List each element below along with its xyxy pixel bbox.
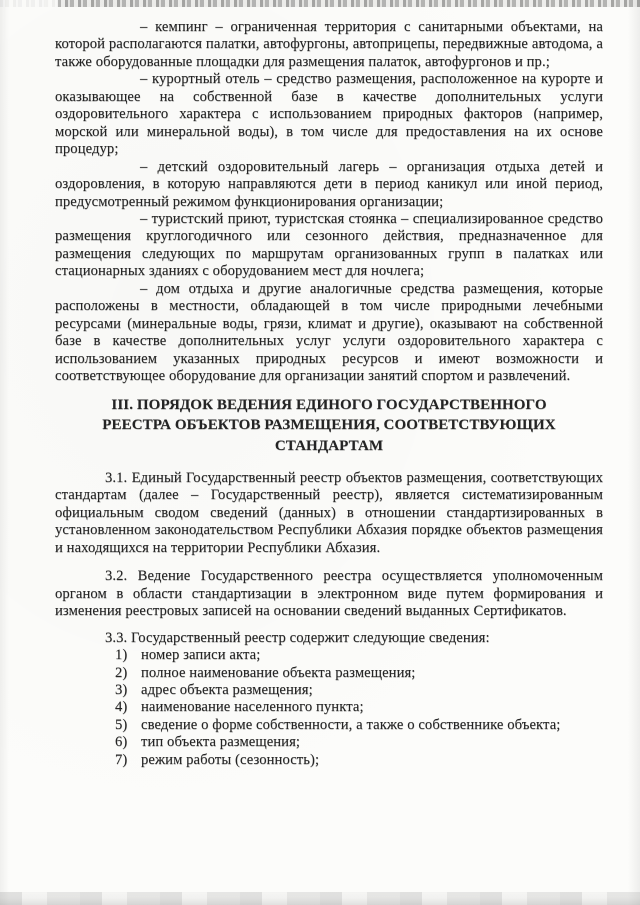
list-item-text: сведение о форме собственности, а также … [141,717,560,733]
document-content: – кемпинг – ограниченная территория с са… [55,19,603,769]
paragraph-3-3: 3.3. Государственный реестр содержит сле… [55,630,603,647]
section-heading: III. ПОРЯДОК ВЕДЕНИЯ ЕДИНОГО ГОСУДАРСТВЕ… [55,395,603,457]
list-item: 1)номер записи акта; [55,647,603,664]
list-item-number: 4) [115,699,141,716]
paragraph-children-camp: – детский оздоровительный лагерь – орган… [55,159,603,211]
scan-artifact-bottom [0,892,640,905]
scan-artifact-top [0,0,640,7]
paragraph-3-1: 3.1. Единый Государственный реестр объек… [55,470,603,557]
section-heading-line1: III. ПОРЯДОК ВЕДЕНИЯ ЕДИНОГО ГОСУДАРСТВЕ… [55,395,603,416]
document-page: – кемпинг – ограниченная территория с са… [0,0,640,905]
section-heading-line3: СТАНДАРТАМ [55,436,603,457]
list-item-number: 2) [115,665,141,682]
list-item-number: 6) [115,734,141,751]
list-item-number: 5) [115,717,141,734]
list-item: 5)сведение о форме собственности, а такж… [55,717,603,734]
list-item-number: 1) [115,647,141,664]
numbered-list: 1)номер записи акта; 2)полное наименован… [55,647,603,769]
paragraph-3-2: 3.2. Ведение Государственного реестра ос… [55,568,603,620]
paragraph-resort-hotel: – курортный отель – средство размещения,… [55,71,603,158]
list-item-text: тип объекта размещения; [141,734,300,750]
list-item: 6)тип объекта размещения; [55,734,603,751]
list-item-text: номер записи акта; [141,647,260,663]
list-item-text: режим работы (сезонность); [141,752,319,768]
paragraph-camping: – кемпинг – ограниченная территория с са… [55,19,603,71]
paragraph-rest-house: – дом отдыха и другие аналогичные средст… [55,281,603,386]
list-item-text: полное наименование объекта размещения; [141,665,415,681]
scan-shadow-right [628,0,640,905]
list-item-text: адрес объекта размещения; [141,682,313,698]
list-item: 3)адрес объекта размещения; [55,682,603,699]
list-item-text: наименование населенного пункта; [141,699,364,715]
list-item: 7)режим работы (сезонность); [55,752,603,769]
section-heading-line2: РЕЕСТРА ОБЪЕКТОВ РАЗМЕЩЕНИЯ, СООТВЕТСТВУ… [55,415,603,436]
list-item-number: 3) [115,682,141,699]
list-item: 2)полное наименование объекта размещения… [55,665,603,682]
scan-shadow-left [0,0,9,905]
paragraph-tourist-shelter: – туристский приют, туристская стоянка –… [55,211,603,281]
list-item-number: 7) [115,752,141,769]
list-item: 4)наименование населенного пункта; [55,699,603,716]
